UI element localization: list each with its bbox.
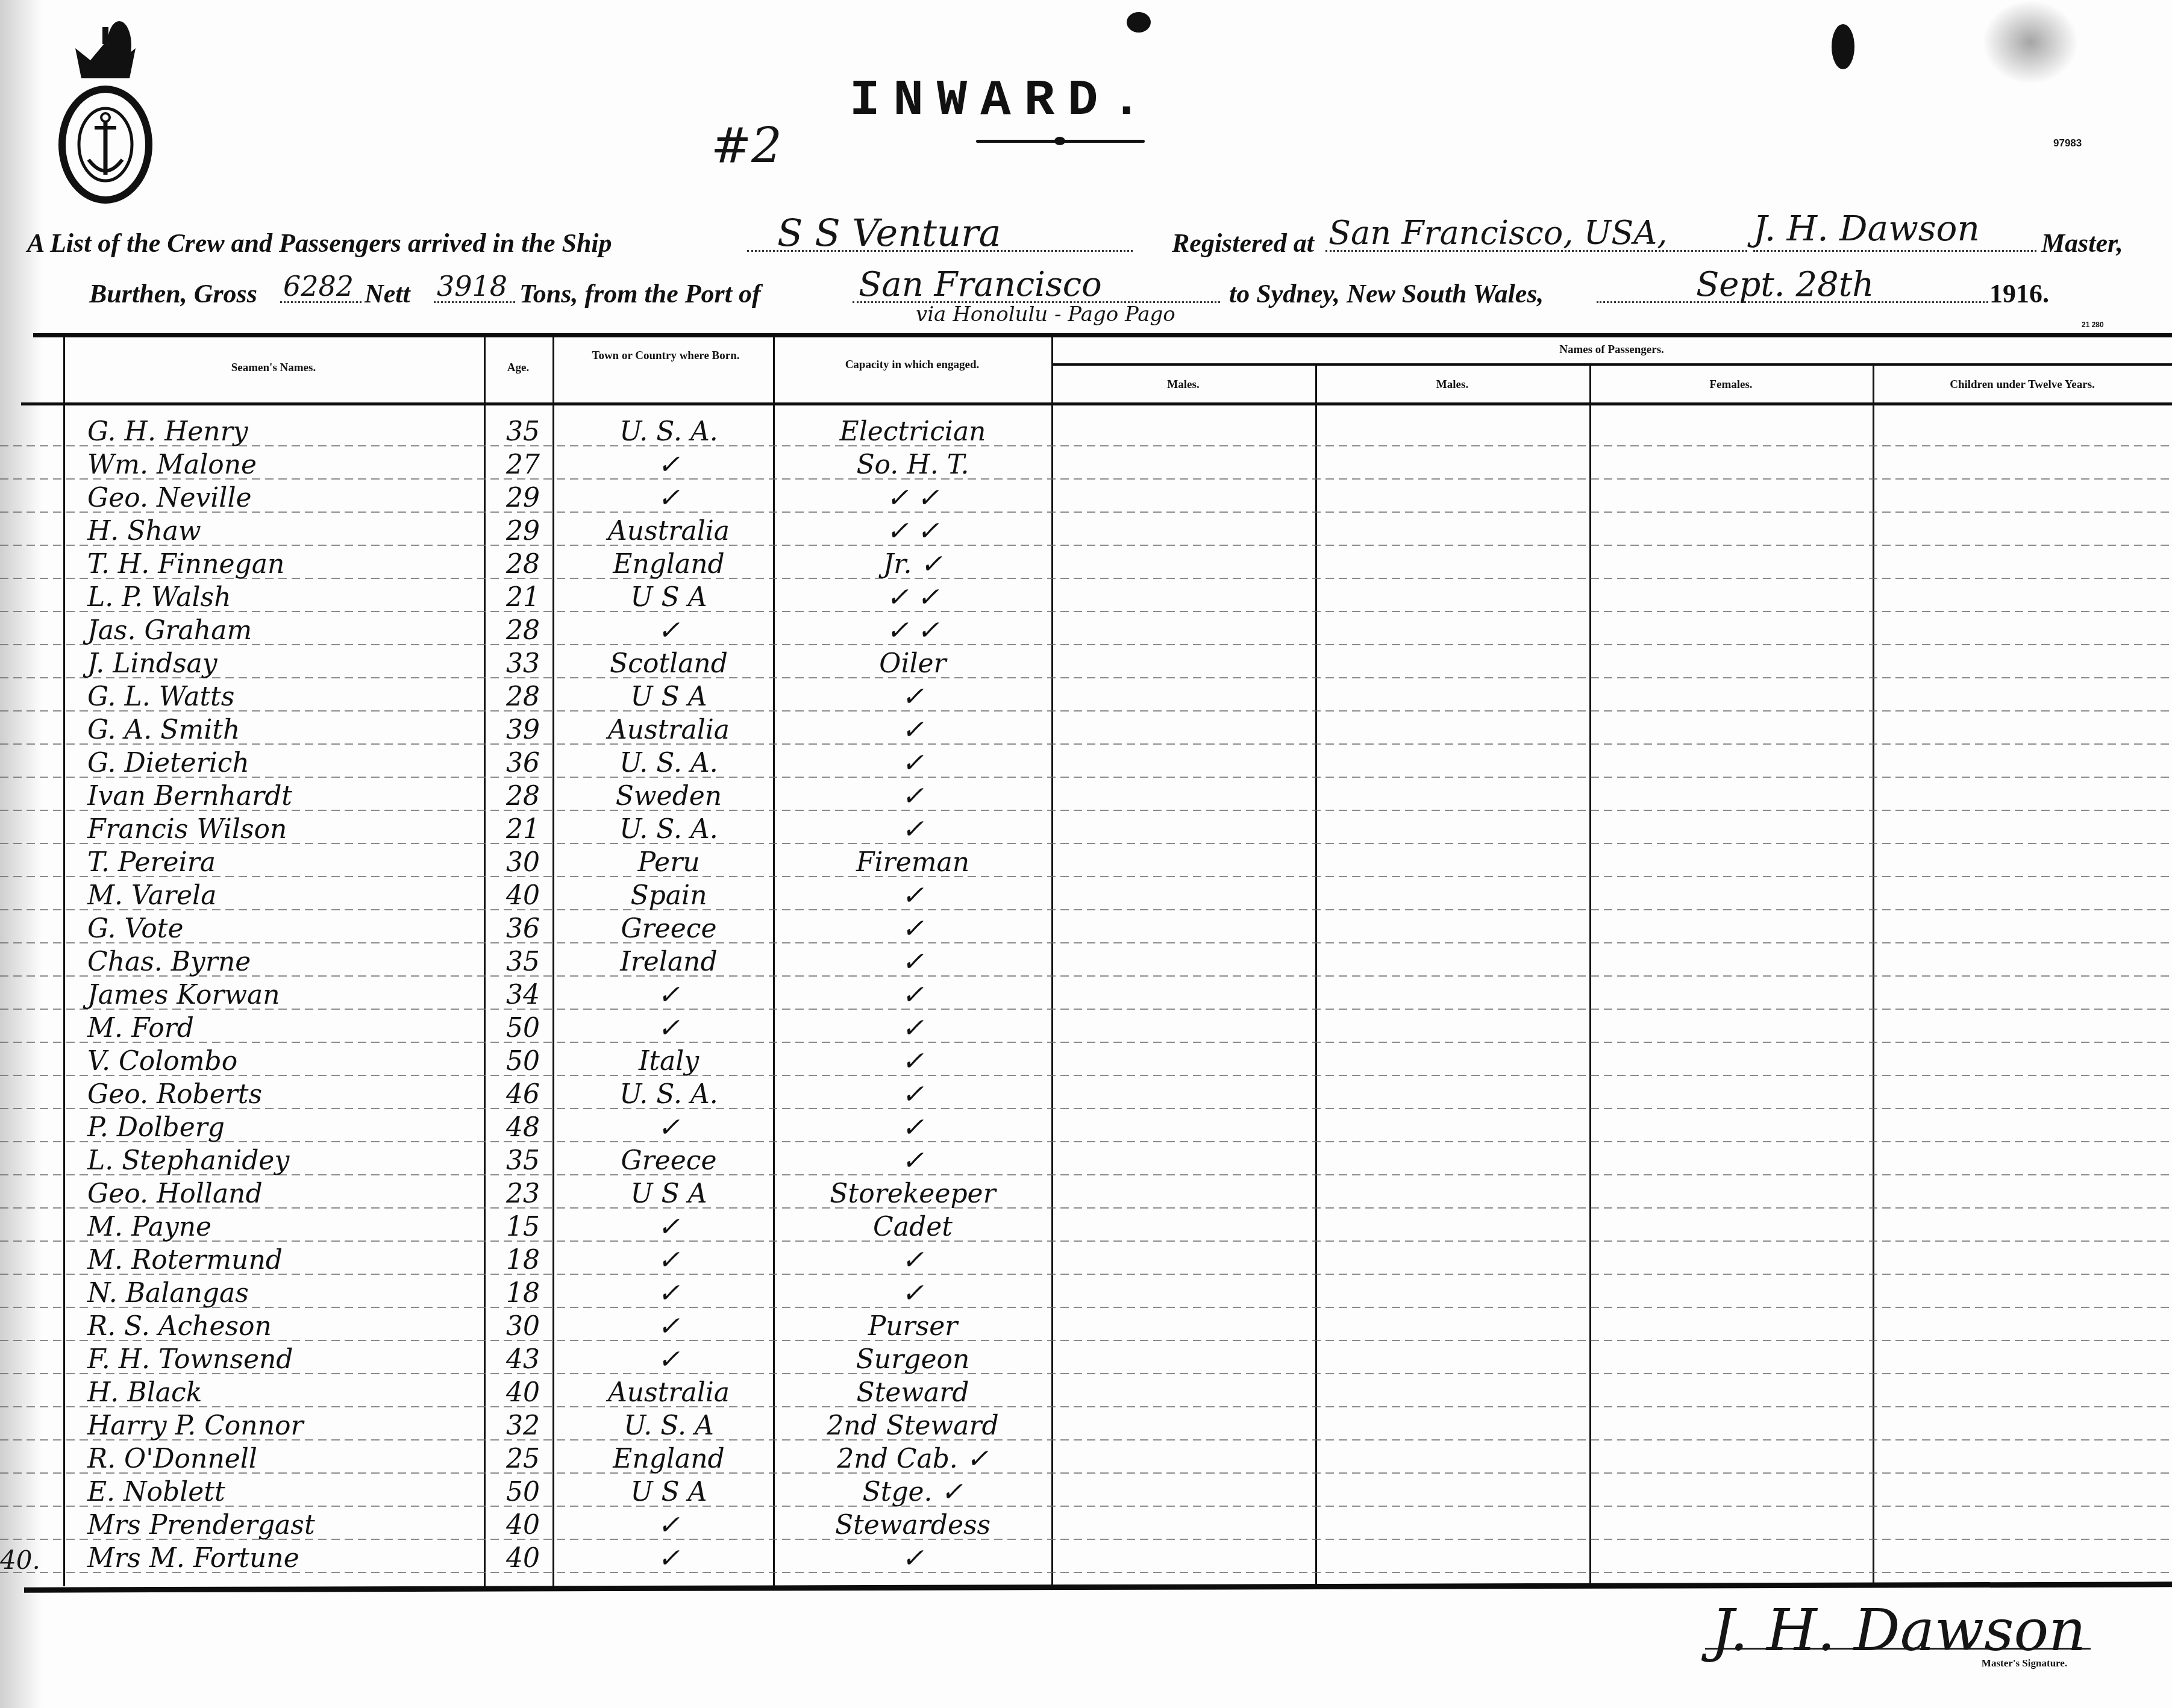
- gross-tons: 6282: [283, 270, 354, 302]
- table-row: Mrs Prendergast40✓Stewardess: [63, 1510, 2172, 1544]
- seaman-age: 36: [490, 748, 556, 778]
- seaman-birthplace: ✓: [563, 1544, 774, 1574]
- seaman-capacity: 2nd Steward: [780, 1411, 1045, 1441]
- seaman-birthplace: ✓: [563, 616, 774, 646]
- seaman-name: J. Lindsay: [87, 649, 479, 679]
- table-bottom-rule: [24, 1581, 2172, 1592]
- list-intro-label: A List of the Crew and Passengers arrive…: [27, 228, 612, 258]
- seaman-age: 28: [490, 549, 556, 580]
- table-row: James Korwan34✓✓: [63, 980, 2172, 1013]
- seaman-birthplace: Scotland: [563, 649, 774, 679]
- seaman-name: Francis Wilson: [87, 815, 479, 845]
- seaman-birthplace: England: [563, 549, 774, 580]
- seaman-name: Wm. Malone: [87, 450, 479, 480]
- table-row: G. H. Henry35U. S. A.Electrician: [63, 417, 2172, 450]
- passenger-subheader-rule: [1051, 363, 2172, 366]
- seaman-capacity: Steward: [780, 1378, 1045, 1408]
- table-row: G. Vote36Greece✓: [63, 914, 2172, 947]
- seaman-birthplace: U. S. A.: [563, 815, 774, 845]
- seaman-age: 21: [490, 815, 556, 845]
- seaman-birthplace: ✓: [563, 980, 774, 1010]
- seaman-birthplace: Greece: [563, 1146, 774, 1176]
- seaman-capacity: ✓: [780, 1113, 1045, 1143]
- seaman-birthplace: U. S. A.: [563, 417, 774, 447]
- seaman-age: 32: [490, 1411, 556, 1441]
- seaman-age: 34: [490, 980, 556, 1010]
- seaman-name: E. Noblett: [87, 1477, 479, 1507]
- seaman-birthplace: U. S. A.: [563, 748, 774, 778]
- seaman-birthplace: ✓: [563, 450, 774, 480]
- seaman-name: G. H. Henry: [87, 417, 479, 447]
- seaman-name: G. Vote: [87, 914, 479, 944]
- destination-label: to Sydney, New South Wales,: [1229, 278, 1544, 309]
- table-row: Geo. Holland23U S AStorekeeper: [63, 1179, 2172, 1212]
- seaman-name: T. Pereira: [87, 848, 479, 878]
- seaman-capacity: ✓: [780, 947, 1045, 977]
- table-row: Francis Wilson21U. S. A.✓: [63, 815, 2172, 848]
- table-row: E. Noblett50U S AStge. ✓: [63, 1477, 2172, 1510]
- seaman-capacity: ✓: [780, 881, 1045, 911]
- col-header-seamen-names: Seamen's Names.: [63, 361, 484, 375]
- ink-blot-top: [1127, 12, 1151, 33]
- seaman-birthplace: Peru: [563, 848, 774, 878]
- seaman-capacity: ✓: [780, 914, 1045, 944]
- seaman-capacity: ✓: [780, 1544, 1045, 1574]
- master-name: J. H. Dawson: [1753, 208, 1980, 249]
- seaman-birthplace: England: [563, 1444, 774, 1474]
- seaman-capacity: Fireman: [780, 848, 1045, 878]
- seaman-age: 36: [490, 914, 556, 944]
- table-row: Jas. Graham28✓✓ ✓: [63, 616, 2172, 649]
- seaman-age: 33: [490, 649, 556, 679]
- seaman-age: 39: [490, 715, 556, 745]
- seaman-name: R. S. Acheson: [87, 1312, 479, 1342]
- table-row: Geo. Roberts46U. S. A.✓: [63, 1080, 2172, 1113]
- seaman-age: 23: [490, 1179, 556, 1209]
- seaman-age: 35: [490, 1146, 556, 1176]
- table-row: T. Pereira30PeruFireman: [63, 848, 2172, 881]
- master-signature-label: Master's Signature.: [1952, 1657, 2097, 1670]
- seaman-name: V. Colombo: [87, 1046, 479, 1077]
- col-header-capacity: Capacity in which engaged.: [773, 358, 1051, 372]
- seaman-capacity: ✓: [780, 1046, 1045, 1077]
- seaman-name: H. Shaw: [87, 516, 479, 546]
- col-header-males-1: Males.: [1051, 378, 1315, 392]
- seaman-name: R. O'Donnell: [87, 1444, 479, 1474]
- seaman-name: M. Rotermund: [87, 1245, 479, 1275]
- table-row: Ivan Bernhardt28Sweden✓: [63, 781, 2172, 815]
- seaman-birthplace: U S A: [563, 583, 774, 613]
- seaman-birthplace: U. S. A: [563, 1411, 774, 1441]
- table-row: P. Dolberg48✓✓: [63, 1113, 2172, 1146]
- seaman-birthplace: Ireland: [563, 947, 774, 977]
- table-row: T. H. Finnegan28EnglandJr. ✓: [63, 549, 2172, 583]
- table-row: Wm. Malone27✓So. H. T.: [63, 450, 2172, 483]
- reference-mark: #2: [711, 117, 782, 174]
- seaman-name: Mrs M. Fortune: [87, 1544, 479, 1574]
- seaman-name: M. Ford: [87, 1013, 479, 1043]
- seaman-capacity: Storekeeper: [780, 1179, 1045, 1209]
- from-port: San Francisco: [859, 265, 1102, 304]
- seaman-name: G. Dieterich: [87, 748, 479, 778]
- seaman-capacity: Electrician: [780, 417, 1045, 447]
- seaman-capacity: ✓: [780, 781, 1045, 812]
- seaman-age: 40: [490, 1378, 556, 1408]
- arrival-date: Sept. 28th: [1696, 265, 1874, 304]
- table-row: G. Dieterich36U. S. A.✓: [63, 748, 2172, 781]
- seaman-birthplace: Australia: [563, 516, 774, 546]
- page-title: INWARD.: [850, 72, 1155, 130]
- seaman-birthplace: Sweden: [563, 781, 774, 812]
- seaman-capacity: Oiler: [780, 649, 1045, 679]
- table-row: R. S. Acheson30✓Purser: [63, 1312, 2172, 1345]
- table-row: Harry P. Connor32U. S. A2nd Steward: [63, 1411, 2172, 1444]
- burthen-gross-label: Burthen, Gross: [89, 278, 257, 309]
- seaman-age: 29: [490, 516, 556, 546]
- title-divider-ornament: [1054, 137, 1065, 145]
- table-row: M. Ford50✓✓: [63, 1013, 2172, 1046]
- col-header-females: Females.: [1589, 378, 1873, 392]
- seaman-age: 40: [490, 1510, 556, 1541]
- seaman-name: Geo. Holland: [87, 1179, 479, 1209]
- seaman-name: Jas. Graham: [87, 616, 479, 646]
- seaman-age: 50: [490, 1013, 556, 1043]
- header-bottom-rule: [21, 402, 2172, 405]
- table-row: G. L. Watts28U S A✓: [63, 682, 2172, 715]
- seaman-name: P. Dolberg: [87, 1113, 479, 1143]
- seaman-name: Ivan Bernhardt: [87, 781, 479, 812]
- seaman-age: 30: [490, 1312, 556, 1342]
- seaman-name: Chas. Byrne: [87, 947, 479, 977]
- form-serial-number: 97983: [2053, 137, 2082, 149]
- seaman-name: M. Payne: [87, 1212, 479, 1242]
- seaman-birthplace: ✓: [563, 1113, 774, 1143]
- seaman-birthplace: ✓: [563, 1278, 774, 1309]
- seaman-capacity: ✓: [780, 715, 1045, 745]
- table-row: N. Balangas18✓✓: [63, 1278, 2172, 1312]
- stain-top-right: [1982, 0, 2079, 84]
- nett-label: Nett: [365, 278, 410, 309]
- margin-total-count: 40.: [0, 1545, 40, 1575]
- table-row: M. Varela40Spain✓: [63, 881, 2172, 914]
- via-note: via Honolulu - Pago Pago: [916, 302, 1175, 327]
- table-row: V. Colombo50Italy✓: [63, 1046, 2172, 1080]
- tons-from-port-label: Tons, from the Port of: [519, 278, 761, 309]
- seaman-birthplace: Australia: [563, 715, 774, 745]
- seaman-capacity: ✓ ✓: [780, 583, 1045, 613]
- seaman-capacity: ✓: [780, 815, 1045, 845]
- seaman-capacity: Surgeon: [780, 1345, 1045, 1375]
- table-row: J. Lindsay33ScotlandOiler: [63, 649, 2172, 682]
- seaman-age: 35: [490, 417, 556, 447]
- seaman-birthplace: U. S. A.: [563, 1080, 774, 1110]
- seaman-capacity: ✓ ✓: [780, 483, 1045, 513]
- seaman-age: 43: [490, 1345, 556, 1375]
- seaman-capacity: ✓: [780, 1013, 1045, 1043]
- seaman-name: Geo. Roberts: [87, 1080, 479, 1110]
- seaman-birthplace: ✓: [563, 1510, 774, 1541]
- seaman-capacity: ✓: [780, 682, 1045, 712]
- seaman-birthplace: ✓: [563, 1245, 774, 1275]
- seaman-birthplace: Italy: [563, 1046, 774, 1077]
- seaman-birthplace: ✓: [563, 1013, 774, 1043]
- col-header-males-2: Males.: [1315, 378, 1589, 392]
- seaman-birthplace: ✓: [563, 1212, 774, 1242]
- arrival-year: 1916.: [1989, 278, 2049, 309]
- seaman-age: 40: [490, 881, 556, 911]
- seaman-name: N. Balangas: [87, 1278, 479, 1309]
- table-row: L. P. Walsh21U S A✓ ✓: [63, 583, 2172, 616]
- table-row: M. Rotermund18✓✓: [63, 1245, 2172, 1278]
- seaman-age: 25: [490, 1444, 556, 1474]
- seaman-name: G. L. Watts: [87, 682, 479, 712]
- seaman-capacity: Cadet: [780, 1212, 1045, 1242]
- seaman-age: 48: [490, 1113, 556, 1143]
- seaman-capacity: ✓ ✓: [780, 516, 1045, 546]
- seaman-capacity: Purser: [780, 1312, 1045, 1342]
- table-row: R. O'Donnell25England2nd Cab. ✓: [63, 1444, 2172, 1477]
- seaman-name: L. Stephanidey: [87, 1146, 479, 1176]
- seaman-name: Geo. Neville: [87, 483, 479, 513]
- seaman-birthplace: Australia: [563, 1378, 774, 1408]
- col-header-children: Children under Twelve Years.: [1873, 378, 2172, 392]
- table-row: H. Black40AustraliaSteward: [63, 1378, 2172, 1411]
- seaman-name: James Korwan: [87, 980, 479, 1010]
- seaman-birthplace: U S A: [563, 682, 774, 712]
- seaman-age: 28: [490, 616, 556, 646]
- registered-label: Registered at: [1172, 228, 1314, 258]
- anchor-seal-icon: [57, 24, 154, 205]
- seaman-age: 18: [490, 1245, 556, 1275]
- seaman-birthplace: ✓: [563, 483, 774, 513]
- nett-tons: 3918: [437, 270, 507, 302]
- table-row: H. Shaw29Australia✓ ✓: [63, 516, 2172, 549]
- seaman-birthplace: U S A: [563, 1477, 774, 1507]
- seaman-age: 40: [490, 1544, 556, 1574]
- table-row: M. Payne15✓Cadet: [63, 1212, 2172, 1245]
- seaman-name: L. P. Walsh: [87, 583, 479, 613]
- seaman-name: T. H. Finnegan: [87, 549, 479, 580]
- seaman-capacity: Stewardess: [780, 1510, 1045, 1541]
- ship-name: S S Ventura: [777, 211, 1001, 255]
- seaman-age: 18: [490, 1278, 556, 1309]
- seaman-birthplace: Spain: [563, 881, 774, 911]
- punch-hole-right: [1832, 24, 1854, 69]
- seaman-capacity: ✓: [780, 1146, 1045, 1176]
- master-signature: J. H. Dawson: [1711, 1597, 2086, 1664]
- seaman-capacity: ✓: [780, 1245, 1045, 1275]
- seaman-age: 35: [490, 947, 556, 977]
- seaman-age: 50: [490, 1046, 556, 1077]
- seaman-birthplace: U S A: [563, 1179, 774, 1209]
- seaman-name: G. A. Smith: [87, 715, 479, 745]
- seaman-age: 30: [490, 848, 556, 878]
- seaman-age: 29: [490, 483, 556, 513]
- seaman-capacity: So. H. T.: [780, 450, 1045, 480]
- seaman-name: Mrs Prendergast: [87, 1510, 479, 1541]
- col-header-age: Age.: [484, 361, 552, 375]
- col-header-passengers-group: Names of Passengers.: [1051, 343, 2172, 357]
- table-row: L. Stephanidey35Greece✓: [63, 1146, 2172, 1179]
- seaman-age: 15: [490, 1212, 556, 1242]
- col-header-born: Town or Country where Born.: [578, 349, 753, 363]
- seaman-capacity: ✓ ✓: [780, 616, 1045, 646]
- seaman-name: M. Varela: [87, 881, 479, 911]
- seaman-capacity: ✓: [780, 1080, 1045, 1110]
- seaman-age: 27: [490, 450, 556, 480]
- seaman-age: 21: [490, 583, 556, 613]
- seaman-name: H. Black: [87, 1378, 479, 1408]
- table-row: Mrs M. Fortune40✓✓: [63, 1544, 2172, 1577]
- seaman-birthplace: ✓: [563, 1345, 774, 1375]
- form-code: 21 280: [2082, 321, 2104, 329]
- seaman-capacity: ✓: [780, 1278, 1045, 1309]
- seaman-age: 28: [490, 682, 556, 712]
- seaman-capacity: ✓: [780, 748, 1045, 778]
- master-label: Master,: [2041, 228, 2123, 258]
- seaman-capacity: Stge. ✓: [780, 1477, 1045, 1507]
- table-row: G. A. Smith39Australia✓: [63, 715, 2172, 748]
- seaman-name: F. H. Townsend: [87, 1345, 479, 1375]
- seaman-age: 46: [490, 1080, 556, 1110]
- seaman-capacity: ✓: [780, 980, 1045, 1010]
- seaman-capacity: 2nd Cab. ✓: [780, 1444, 1045, 1474]
- seaman-capacity: Jr. ✓: [780, 549, 1045, 580]
- master-name-field: [1753, 250, 2036, 252]
- seaman-birthplace: Greece: [563, 914, 774, 944]
- seaman-birthplace: ✓: [563, 1312, 774, 1342]
- table-top-rule: [33, 333, 2172, 337]
- table-row: Chas. Byrne35Ireland✓: [63, 947, 2172, 980]
- registered-at: San Francisco, USA,: [1329, 214, 1667, 252]
- seaman-age: 28: [490, 781, 556, 812]
- table-row: Geo. Neville29✓✓ ✓: [63, 483, 2172, 516]
- table-row: F. H. Townsend43✓Surgeon: [63, 1345, 2172, 1378]
- seaman-age: 50: [490, 1477, 556, 1507]
- seaman-name: Harry P. Connor: [87, 1411, 479, 1441]
